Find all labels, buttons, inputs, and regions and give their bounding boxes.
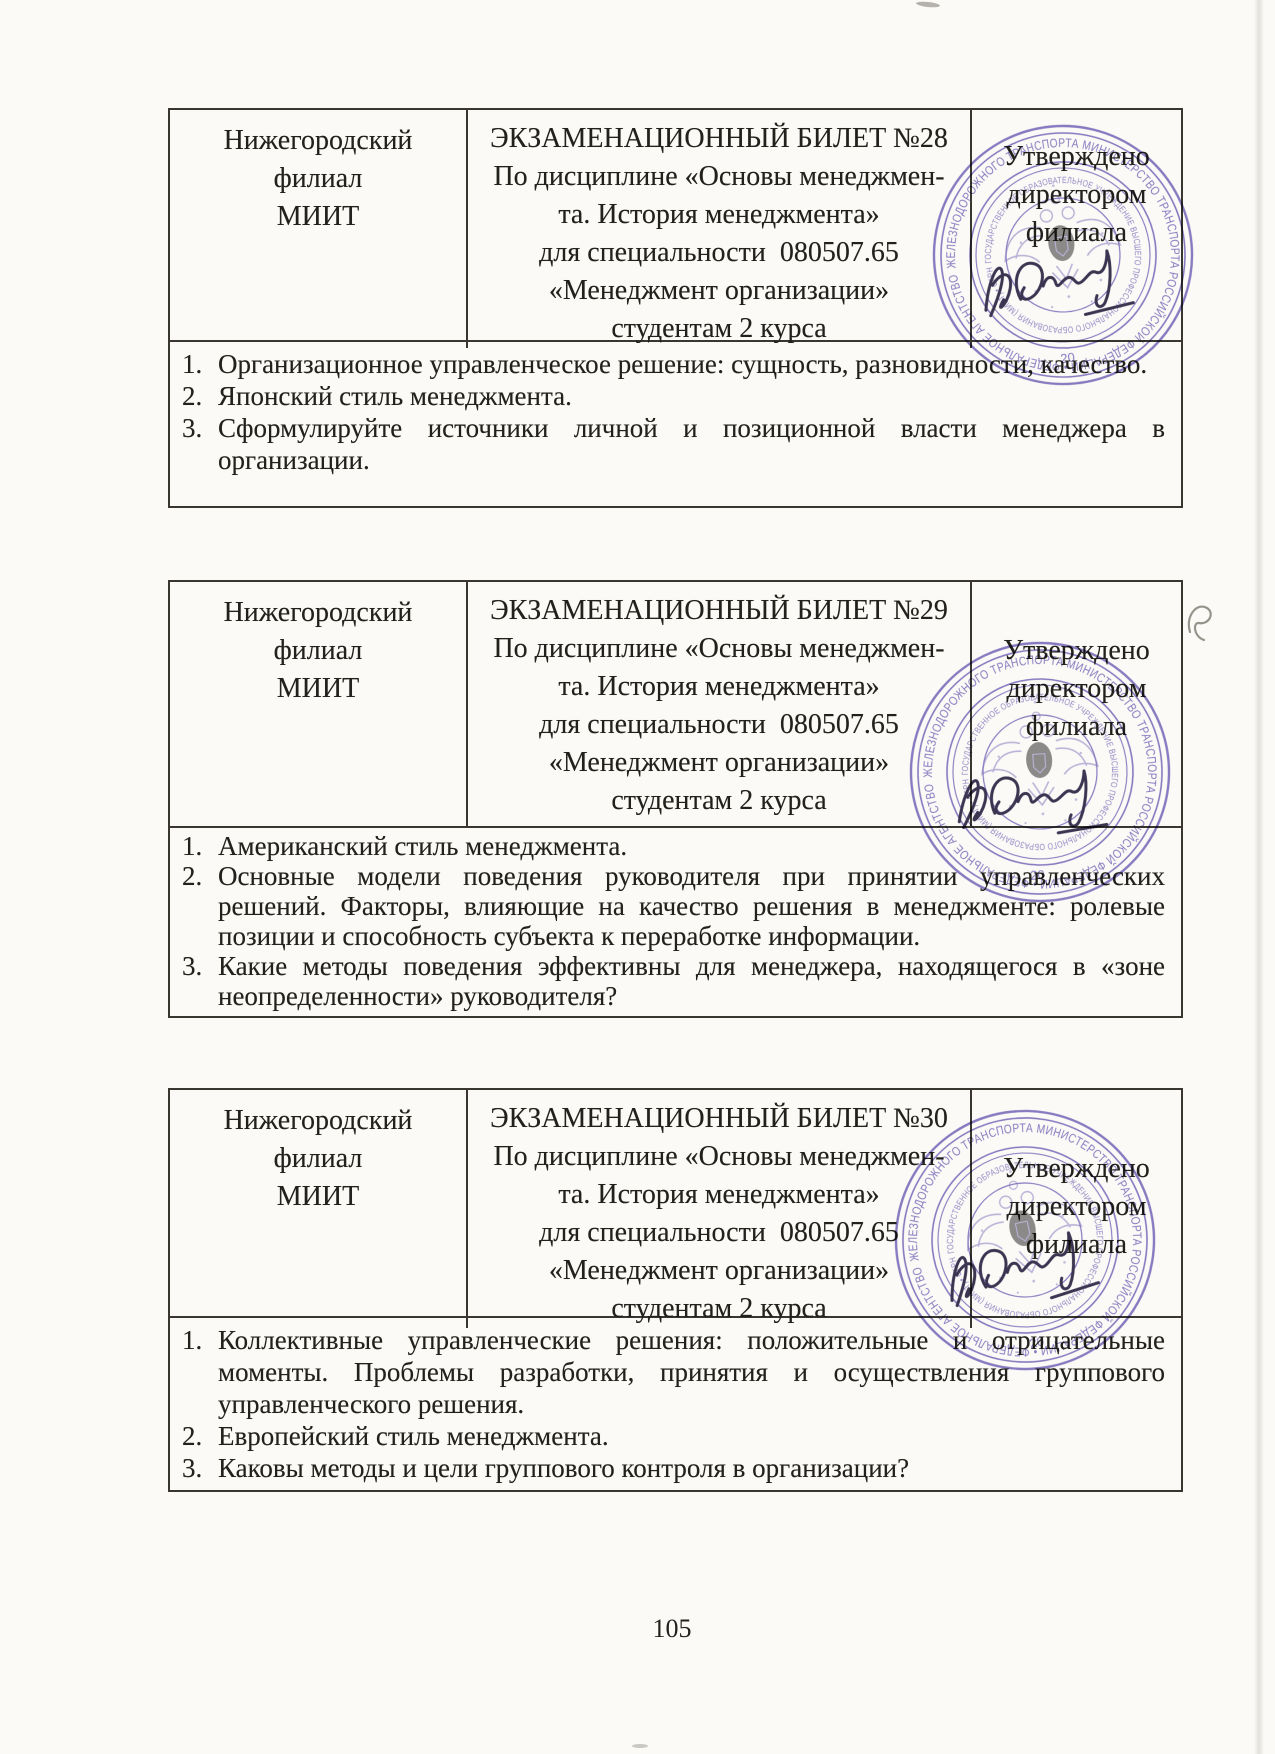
question-item: Каковы методы и цели группового контроля… <box>180 1452 1165 1484</box>
page-number: 105 <box>600 1614 744 1644</box>
questions-cell: Коллективные управленческие решения: пол… <box>170 1318 1181 1490</box>
ticket-subtitle-line: «Менеджмент организации» <box>468 1252 970 1290</box>
exam-ticket-table: Нижегородский филиал МИИТ ЭКЗАМЕНАЦИОННЫ… <box>168 1088 1183 1492</box>
approval-line: директором <box>972 1188 1181 1226</box>
question-item: Основные модели поведения руководителя п… <box>180 861 1165 951</box>
question-item: Коллективные управленческие решения: пол… <box>180 1324 1165 1420</box>
approval-line: Утверждено <box>972 632 1181 670</box>
institution-line: МИИТ <box>170 670 466 708</box>
exam-ticket-table: Нижегородский филиал МИИТ ЭКЗАМЕНАЦИОННЫ… <box>168 108 1183 508</box>
institution-line: филиал <box>170 632 466 670</box>
institution-cell: Нижегородский филиал МИИТ <box>170 1090 468 1328</box>
ticket-header-row: Нижегородский филиал МИИТ ЭКЗАМЕНАЦИОННЫ… <box>170 110 1181 342</box>
approval-line: филиала <box>972 708 1181 746</box>
institution-line: МИИТ <box>170 198 466 236</box>
approval-line: филиала <box>972 214 1181 252</box>
institution-cell: Нижегородский филиал МИИТ <box>170 582 468 826</box>
approval-line: филиала <box>972 1226 1181 1264</box>
ticket-header-row: Нижегородский филиал МИИТ ЭКЗАМЕНАЦИОННЫ… <box>170 582 1181 828</box>
approval-line: Утверждено <box>972 138 1181 176</box>
pen-doodle <box>1182 596 1222 648</box>
institution-line: Нижегородский <box>170 1102 466 1140</box>
question-item: Японский стиль менеджмента. <box>180 380 1165 412</box>
question-item: Американский стиль менеджмента. <box>180 831 1165 861</box>
institution-line: Нижегородский <box>170 594 466 632</box>
question-item: Сформулируйте источники личной и позицио… <box>180 412 1165 476</box>
ticket-subtitle-line: По дисциплине «Основы менеджмен- <box>468 630 970 668</box>
question-item: Организационное управленческое решение: … <box>180 348 1165 380</box>
institution-cell: Нижегородский филиал МИИТ <box>170 110 468 348</box>
ticket-subtitle-line: студентам 2 курса <box>468 1290 970 1328</box>
institution-line: филиал <box>170 1140 466 1178</box>
exam-ticket-table: Нижегородский филиал МИИТ ЭКЗАМЕНАЦИОННЫ… <box>168 580 1183 1018</box>
ticket-subtitle-line: студентам 2 курса <box>468 782 970 820</box>
question-item: Какие методы поведения эффективны для ме… <box>180 951 1165 1011</box>
ticket-info-cell: ЭКЗАМЕНАЦИОННЫЙ БИЛЕТ №28 По дисциплине … <box>468 110 972 348</box>
scan-edge-shadow <box>1254 0 1264 1754</box>
question-item: Европейский стиль менеджмента. <box>180 1420 1165 1452</box>
question-list: Организационное управленческое решение: … <box>180 348 1165 476</box>
questions-cell: Американский стиль менеджмента. Основные… <box>170 828 1181 1016</box>
ticket-subtitle-line: «Менеджмент организации» <box>468 744 970 782</box>
scan-smudge <box>632 1744 648 1748</box>
question-list: Коллективные управленческие решения: пол… <box>180 1324 1165 1484</box>
approval-cell: Утверждено директором филиала <box>972 110 1181 348</box>
institution-line: МИИТ <box>170 1178 466 1216</box>
ticket-header-row: Нижегородский филиал МИИТ ЭКЗАМЕНАЦИОННЫ… <box>170 1090 1181 1318</box>
ticket-subtitle-line: та. История менеджмента» <box>468 1176 970 1214</box>
institution-line: Нижегородский <box>170 122 466 160</box>
approval-line: директором <box>972 670 1181 708</box>
institution-line: филиал <box>170 160 466 198</box>
ticket-title: ЭКЗАМЕНАЦИОННЫЙ БИЛЕТ №29 <box>468 592 970 630</box>
question-list: Американский стиль менеджмента. Основные… <box>180 831 1165 1011</box>
approval-cell: Утверждено директором филиала <box>972 582 1181 826</box>
ticket-subtitle-line: для специальности 080507.65 <box>468 1214 970 1252</box>
ticket-subtitle-line: «Менеджмент организации» <box>468 272 970 310</box>
ticket-info-cell: ЭКЗАМЕНАЦИОННЫЙ БИЛЕТ №29 По дисциплине … <box>468 582 972 826</box>
ticket-title: ЭКЗАМЕНАЦИОННЫЙ БИЛЕТ №28 <box>468 120 970 158</box>
approval-cell: Утверждено директором филиала <box>972 1090 1181 1328</box>
ticket-subtitle-line: По дисциплине «Основы менеджмен- <box>468 158 970 196</box>
ticket-subtitle-line: для специальности 080507.65 <box>468 706 970 744</box>
ticket-subtitle-line: студентам 2 курса <box>468 310 970 348</box>
approval-line: директором <box>972 176 1181 214</box>
ticket-title: ЭКЗАМЕНАЦИОННЫЙ БИЛЕТ №30 <box>468 1100 970 1138</box>
questions-cell: Организационное управленческое решение: … <box>170 342 1181 506</box>
scan-smudge <box>916 1 940 8</box>
ticket-subtitle-line: та. История менеджмента» <box>468 196 970 234</box>
ticket-subtitle-line: та. История менеджмента» <box>468 668 970 706</box>
ticket-info-cell: ЭКЗАМЕНАЦИОННЫЙ БИЛЕТ №30 По дисциплине … <box>468 1090 972 1328</box>
approval-line: Утверждено <box>972 1150 1181 1188</box>
ticket-subtitle-line: По дисциплине «Основы менеджмен- <box>468 1138 970 1176</box>
ticket-subtitle-line: для специальности 080507.65 <box>468 234 970 272</box>
